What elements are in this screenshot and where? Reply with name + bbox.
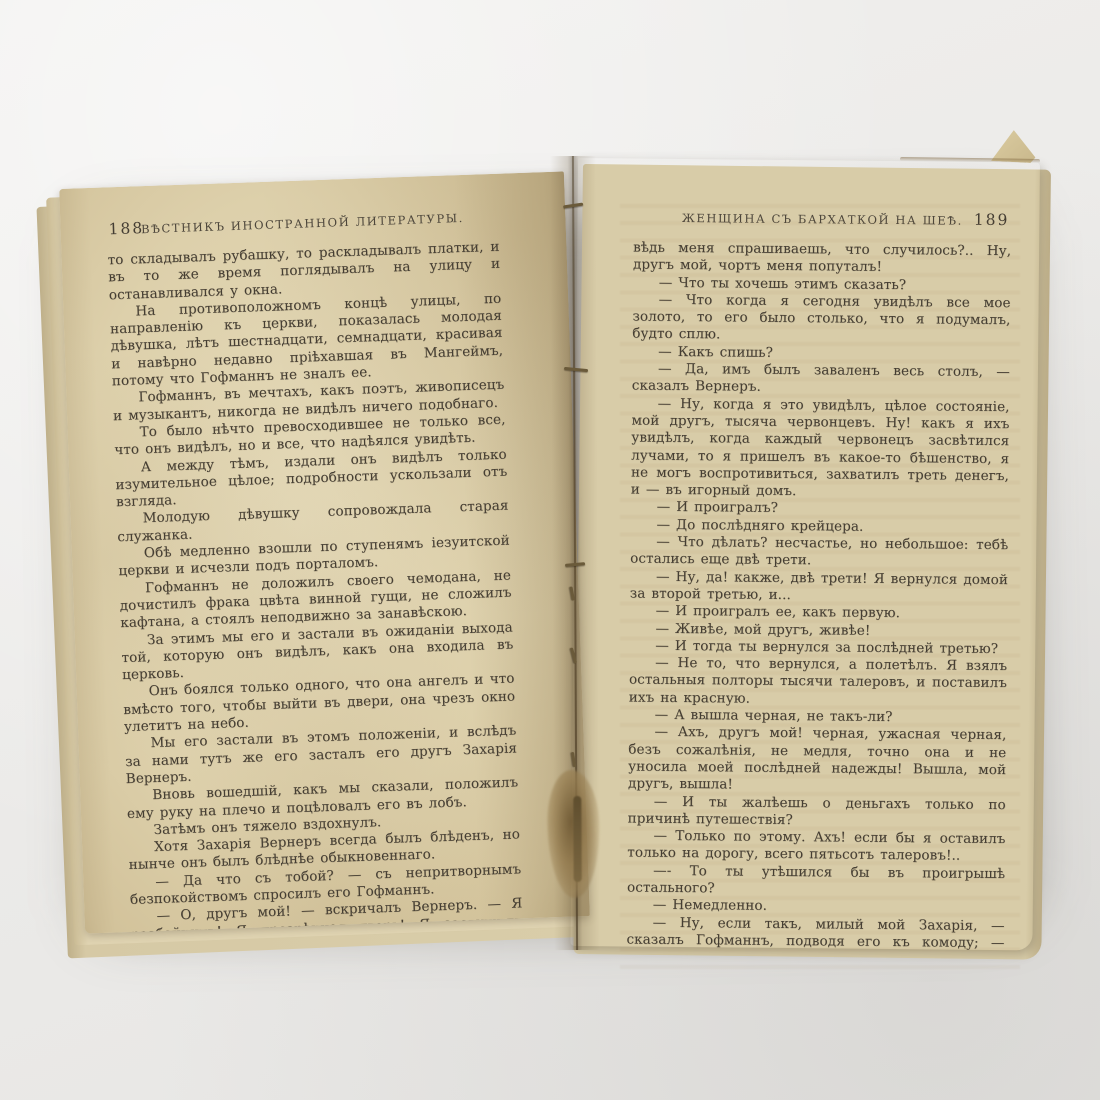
paragraph: — Что когда я сегодня увидѣлъ все мое зо… [632, 291, 1010, 347]
left-running-head: 188 ВѢСТНИКЪ ИНОСТРАННОЙ ЛИТЕРАТУРЫ. [106, 210, 498, 242]
paragraph: На противоположномъ концѣ улицы, по напр… [109, 291, 504, 391]
paragraph: — Ну, если такъ, милый мой Захарія, — ск… [626, 914, 1005, 950]
right-running-title: ЖЕНЩИНА СЪ БАРХАТКОЙ НА ШЕѢ. [633, 211, 1011, 229]
photo-background: 188 ВѢСТНИКЪ ИНОСТРАННОЙ ЛИТЕРАТУРЫ. то … [0, 0, 1100, 1100]
paragraph: — Не то, что вернулся, а полетѣлъ. Я взя… [629, 655, 1007, 711]
paragraph: — Ну, когда я это увидѣлъ, цѣлое состоян… [631, 395, 1010, 502]
paragraph: вѣдь меня спрашиваешь, что случилось?.. … [633, 240, 1011, 278]
left-page-text: то складывалъ рубашку, то раскладывалъ п… [107, 239, 528, 934]
right-page-text: вѣдь меня спрашиваешь, что случилось?.. … [626, 240, 1011, 951]
paragraph: —- То ты утѣшился бы въ проигрышѣ осталь… [627, 862, 1005, 900]
paragraph: — Ахъ, другъ мой! черная, ужасная черная… [628, 724, 1007, 797]
paragraph: — Ну, да! какже, двѣ трети! Я вернулся д… [630, 568, 1008, 606]
paragraph: — Только по этому. Ахъ! если бы я остави… [627, 828, 1005, 866]
left-running-title: ВѢСТНИКЪ ИНОСТРАННОЙ ЛИТЕРАТУРЫ. [106, 210, 498, 238]
left-page: 188 ВѢСТНИКЪ ИНОСТРАННОЙ ЛИТЕРАТУРЫ. то … [59, 171, 590, 933]
right-page-number: 189 [974, 211, 1010, 229]
paragraph: — И ты жалѣешь о деньгахъ только по прич… [628, 793, 1006, 831]
right-page: ЖЕНЩИНА СЪ БАРХАТКОЙ НА ШЕѢ. 189 вѣдь ме… [570, 158, 1040, 950]
open-book: 188 ВѢСТНИКЪ ИНОСТРАННОЙ ЛИТЕРАТУРЫ. то … [0, 0, 1100, 1100]
paragraph: — Да, имъ былъ заваленъ весь столъ, — ск… [632, 361, 1010, 399]
left-page-number: 188 [108, 219, 144, 238]
paragraph: — Что дѣлать? несчастье, но небольшое: т… [630, 534, 1008, 572]
right-running-head: ЖЕНЩИНА СЪ БАРХАТКОЙ НА ШЕѢ. 189 [633, 211, 1011, 233]
